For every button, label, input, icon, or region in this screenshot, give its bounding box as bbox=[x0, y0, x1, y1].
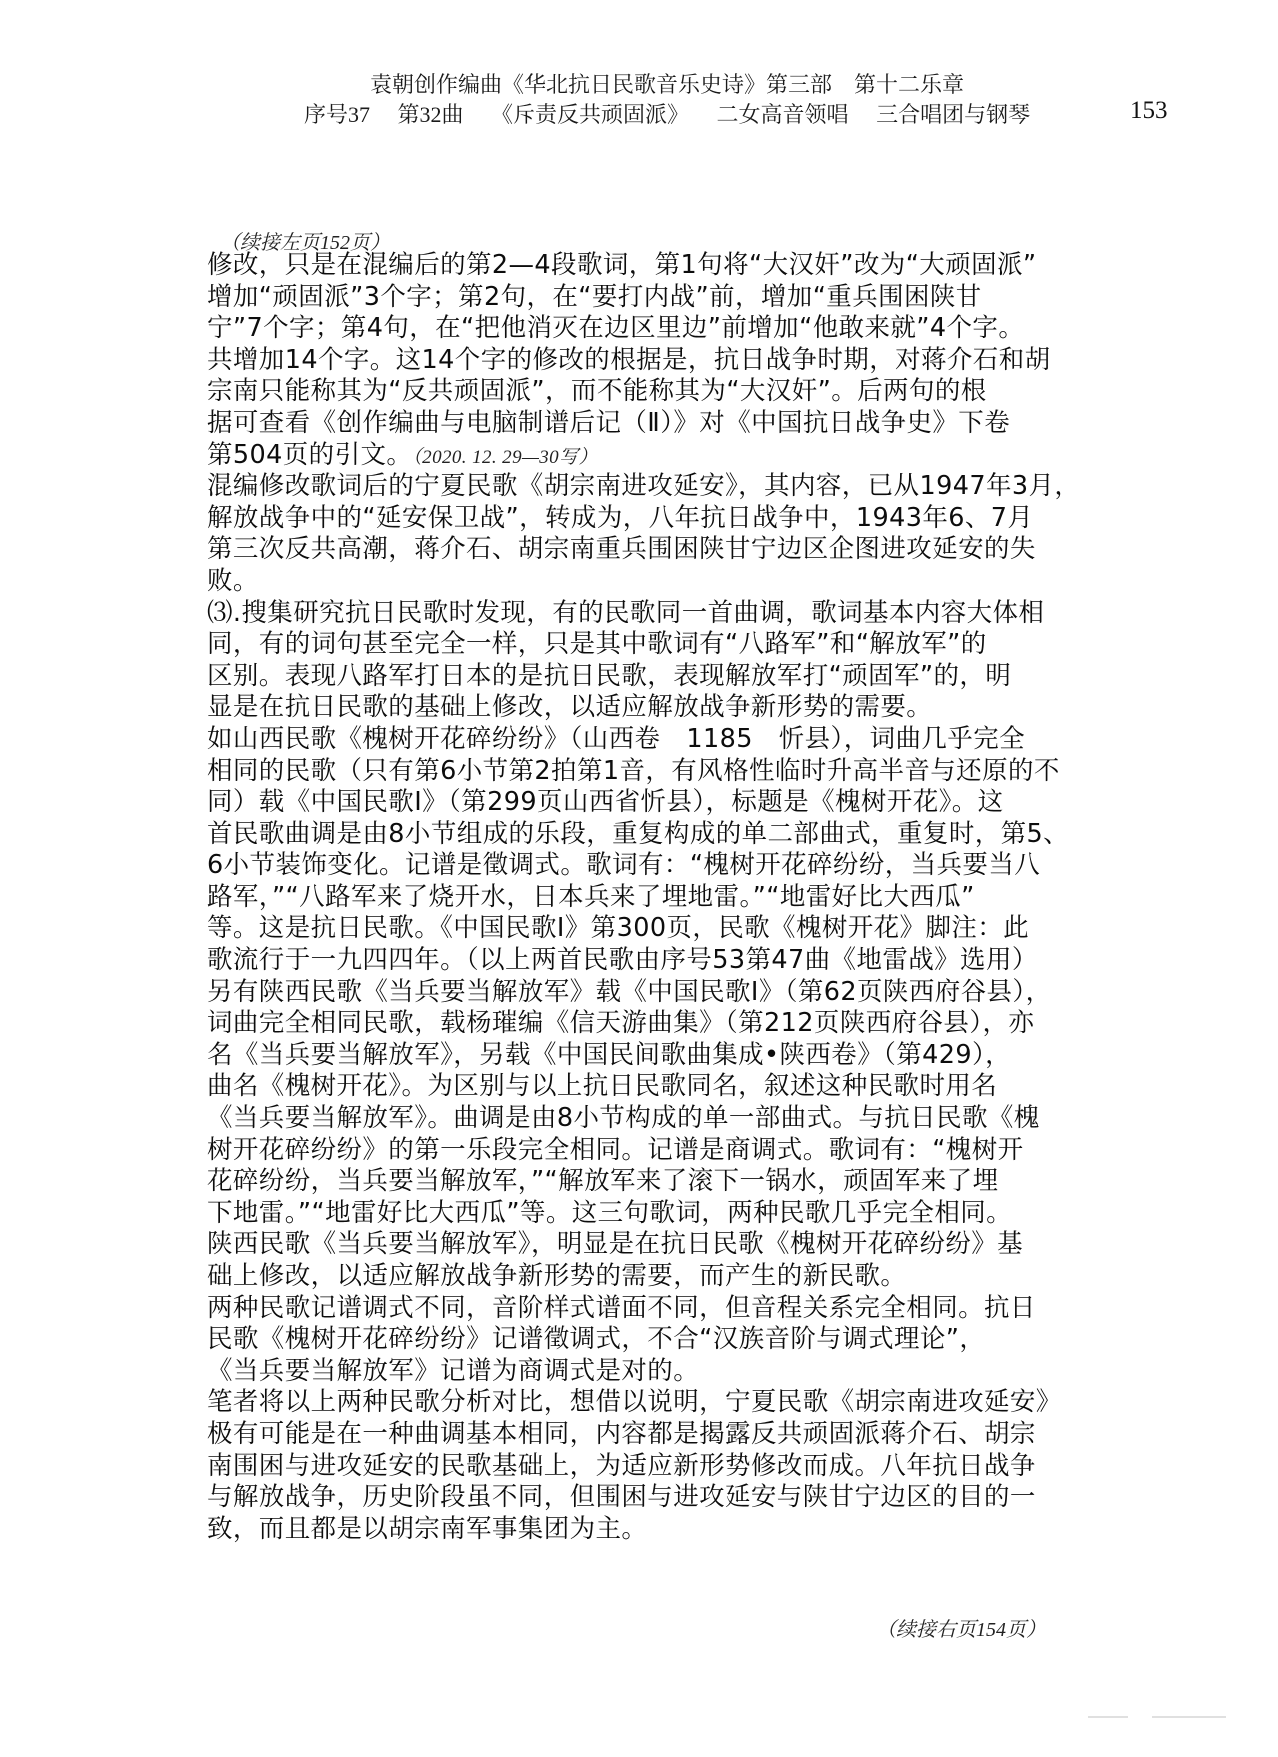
text-line: 笔者将以上两种民歌分析对比，想借以说明，宁夏民歌《胡宗南进攻延安》 bbox=[207, 1387, 1197, 1419]
text-line: 宁”7个字；第4句，在“把他消灭在边区里边”前增加“他敢来就”4个字。 bbox=[207, 313, 1197, 345]
header-sequence-number: 序号37 bbox=[304, 102, 370, 127]
text-line: 础上修改，以适应解放战争新形势的需要，而产生的新民歌。 bbox=[207, 1261, 1197, 1293]
text-line: 名《当兵要当解放军》，另载《中国民间歌曲集成•陕西卷》（第429）， bbox=[207, 1040, 1197, 1072]
header-song-title: 《斥责反共顽固派》 bbox=[491, 102, 689, 127]
text-line: 与解放战争，历史阶段虽不同，但围困与进攻延安与陕甘宁边区的目的一 bbox=[207, 1482, 1197, 1514]
header-ensemble: 三合唱团与钢琴 bbox=[876, 102, 1030, 127]
header-soloist: 二女高音领唱 bbox=[717, 102, 849, 127]
text-line: 如山西民歌《槐树开花碎纷纷》（山西卷 1185 忻县），词曲几乎完全 bbox=[207, 724, 1197, 756]
text-line: 《当兵要当解放军》记谱为商调式是对的。 bbox=[207, 1356, 1197, 1388]
text-line: 陕西民歌《当兵要当解放军》，明显是在抗日民歌《槐树开花碎纷纷》基 bbox=[207, 1229, 1197, 1261]
text-line: 等。这是抗日民歌。《中国民歌Ⅰ》第300页，民歌《槐树开花》脚注：此 bbox=[207, 913, 1197, 945]
date-note: （2020. 12. 29—30写） bbox=[412, 447, 598, 468]
text-line: 显是在抗日民歌的基础上修改，以适应解放战争新形势的需要。 bbox=[207, 692, 1197, 724]
text-line: 两种民歌记谱调式不同，音阶样式谱面不同，但音程关系完全相同。抗日 bbox=[207, 1293, 1197, 1325]
scan-artifact bbox=[1152, 1716, 1226, 1718]
text-line: 据可查看《创作编曲与电脑制谱后记（Ⅱ）》对《中国抗日战争史》下卷 bbox=[207, 408, 1197, 440]
text-line-content: 第504页的引文。 bbox=[207, 440, 412, 470]
text-line: 路军，”“八路军来了烧开水，日本兵来了埋地雷。”“地雷好比大西瓜” bbox=[207, 882, 1197, 914]
running-header-subtitle: 序号37 第32曲 《斥责反共顽固派》 二女高音领唱 三合唱团与钢琴 bbox=[304, 98, 1052, 129]
text-line: 6小节装饰变化。记谱是徵调式。歌词有：“槐树开花碎纷纷，当兵要当八 bbox=[207, 850, 1197, 882]
text-line: 《当兵要当解放军》。曲调是由8小节构成的单一部曲式。与抗日民歌《槐 bbox=[207, 1103, 1197, 1135]
text-line: 同）载《中国民歌Ⅰ》（第299页山西省忻县），标题是《槐树开花》。这 bbox=[207, 787, 1197, 819]
text-line: 曲名《槐树开花》。为区别与以上抗日民歌同名，叙述这种民歌时用名 bbox=[207, 1071, 1197, 1103]
text-line: 词曲完全相同民歌，载杨璀编《信天游曲集》（第212页陕西府谷县），亦 bbox=[207, 1008, 1197, 1040]
text-line: ⑶.搜集研究抗日民歌时发现，有的民歌同一首曲调，歌词基本内容大体相 bbox=[207, 598, 1197, 630]
text-line: 致，而且都是以胡宗南军事集团为主。 bbox=[207, 1514, 1197, 1546]
text-line: 花碎纷纷，当兵要当解放军，”“解放军来了滚下一锅水，顽固军来了埋 bbox=[207, 1166, 1197, 1198]
text-line: 首民歌曲调是由8小节组成的乐段，重复构成的单二部曲式，重复时，第5、 bbox=[207, 819, 1197, 851]
text-line: 区别。表现八路军打日本的是抗日民歌，表现解放军打“顽固军”的，明 bbox=[207, 661, 1197, 693]
header-song-number: 第32曲 bbox=[398, 102, 464, 127]
text-line: 民歌《槐树开花碎纷纷》记谱徵调式，不合“汉族音阶与调式理论”， bbox=[207, 1324, 1197, 1356]
page-number: 153 bbox=[1130, 97, 1168, 125]
text-line: 增加“顽固派”3个字；第2句，在“要打内战”前，增加“重兵围困陕甘 bbox=[207, 282, 1197, 314]
text-line: 南围困与进攻延安的民歌基础上，为适应新形势修改而成。八年抗日战争 bbox=[207, 1451, 1197, 1483]
text-line: 同，有的词句甚至完全一样，只是其中歌词有“八路军”和“解放军”的 bbox=[207, 629, 1197, 661]
text-line: 共增加14个字。这14个字的修改的根据是，抗日战争时期，对蒋介石和胡 bbox=[207, 345, 1197, 377]
running-header-title: 袁朝创作编曲《华北抗日民歌音乐史诗》第三部 第十二乐章 bbox=[370, 68, 964, 99]
text-line: 歌流行于一九四四年。（以上两首民歌由序号53第47曲《地雷战》选用） bbox=[207, 945, 1197, 977]
text-line: 第504页的引文。（2020. 12. 29—30写） bbox=[207, 440, 1197, 472]
text-line: 相同的民歌（只有第6小节第2拍第1音，有风格性临时升高半音与还原的不 bbox=[207, 756, 1197, 788]
body-text: 修改，只是在混编后的第2—4段歌词，第1句将“大汉奸”改为“大顽固派” 增加“顽… bbox=[207, 250, 1197, 1545]
scan-artifact bbox=[1088, 1716, 1128, 1718]
continued-to-note: （续接右页154页） bbox=[876, 1613, 1046, 1642]
text-line: 树开花碎纷纷》的第一乐段完全相同。记谱是商调式。歌词有：“槐树开 bbox=[207, 1135, 1197, 1167]
text-line: 混编修改歌词后的宁夏民歌《胡宗南进攻延安》，其内容，已从1947年3月， bbox=[207, 471, 1197, 503]
text-line: 解放战争中的“延安保卫战”，转成为，八年抗日战争中，1943年6、7月 bbox=[207, 503, 1197, 535]
text-line: 宗南只能称其为“反共顽固派”，而不能称其为“大汉奸”。后两句的根 bbox=[207, 376, 1197, 408]
text-line: 第三次反共高潮，蒋介石、胡宗南重兵围困陕甘宁边区企图进攻延安的失 bbox=[207, 534, 1197, 566]
text-line: 另有陕西民歌《当兵要当解放军》载《中国民歌Ⅰ》（第62页陕西府谷县）， bbox=[207, 977, 1197, 1009]
text-line: 极有可能是在一种曲调基本相同，内容都是揭露反共顽固派蒋介石、胡宗 bbox=[207, 1419, 1197, 1451]
text-line: 败。 bbox=[207, 566, 1197, 598]
text-line: 修改，只是在混编后的第2—4段歌词，第1句将“大汉奸”改为“大顽固派” bbox=[207, 250, 1197, 282]
text-line: 下地雷。”“地雷好比大西瓜”等。这三句歌词，两种民歌几乎完全相同。 bbox=[207, 1198, 1197, 1230]
